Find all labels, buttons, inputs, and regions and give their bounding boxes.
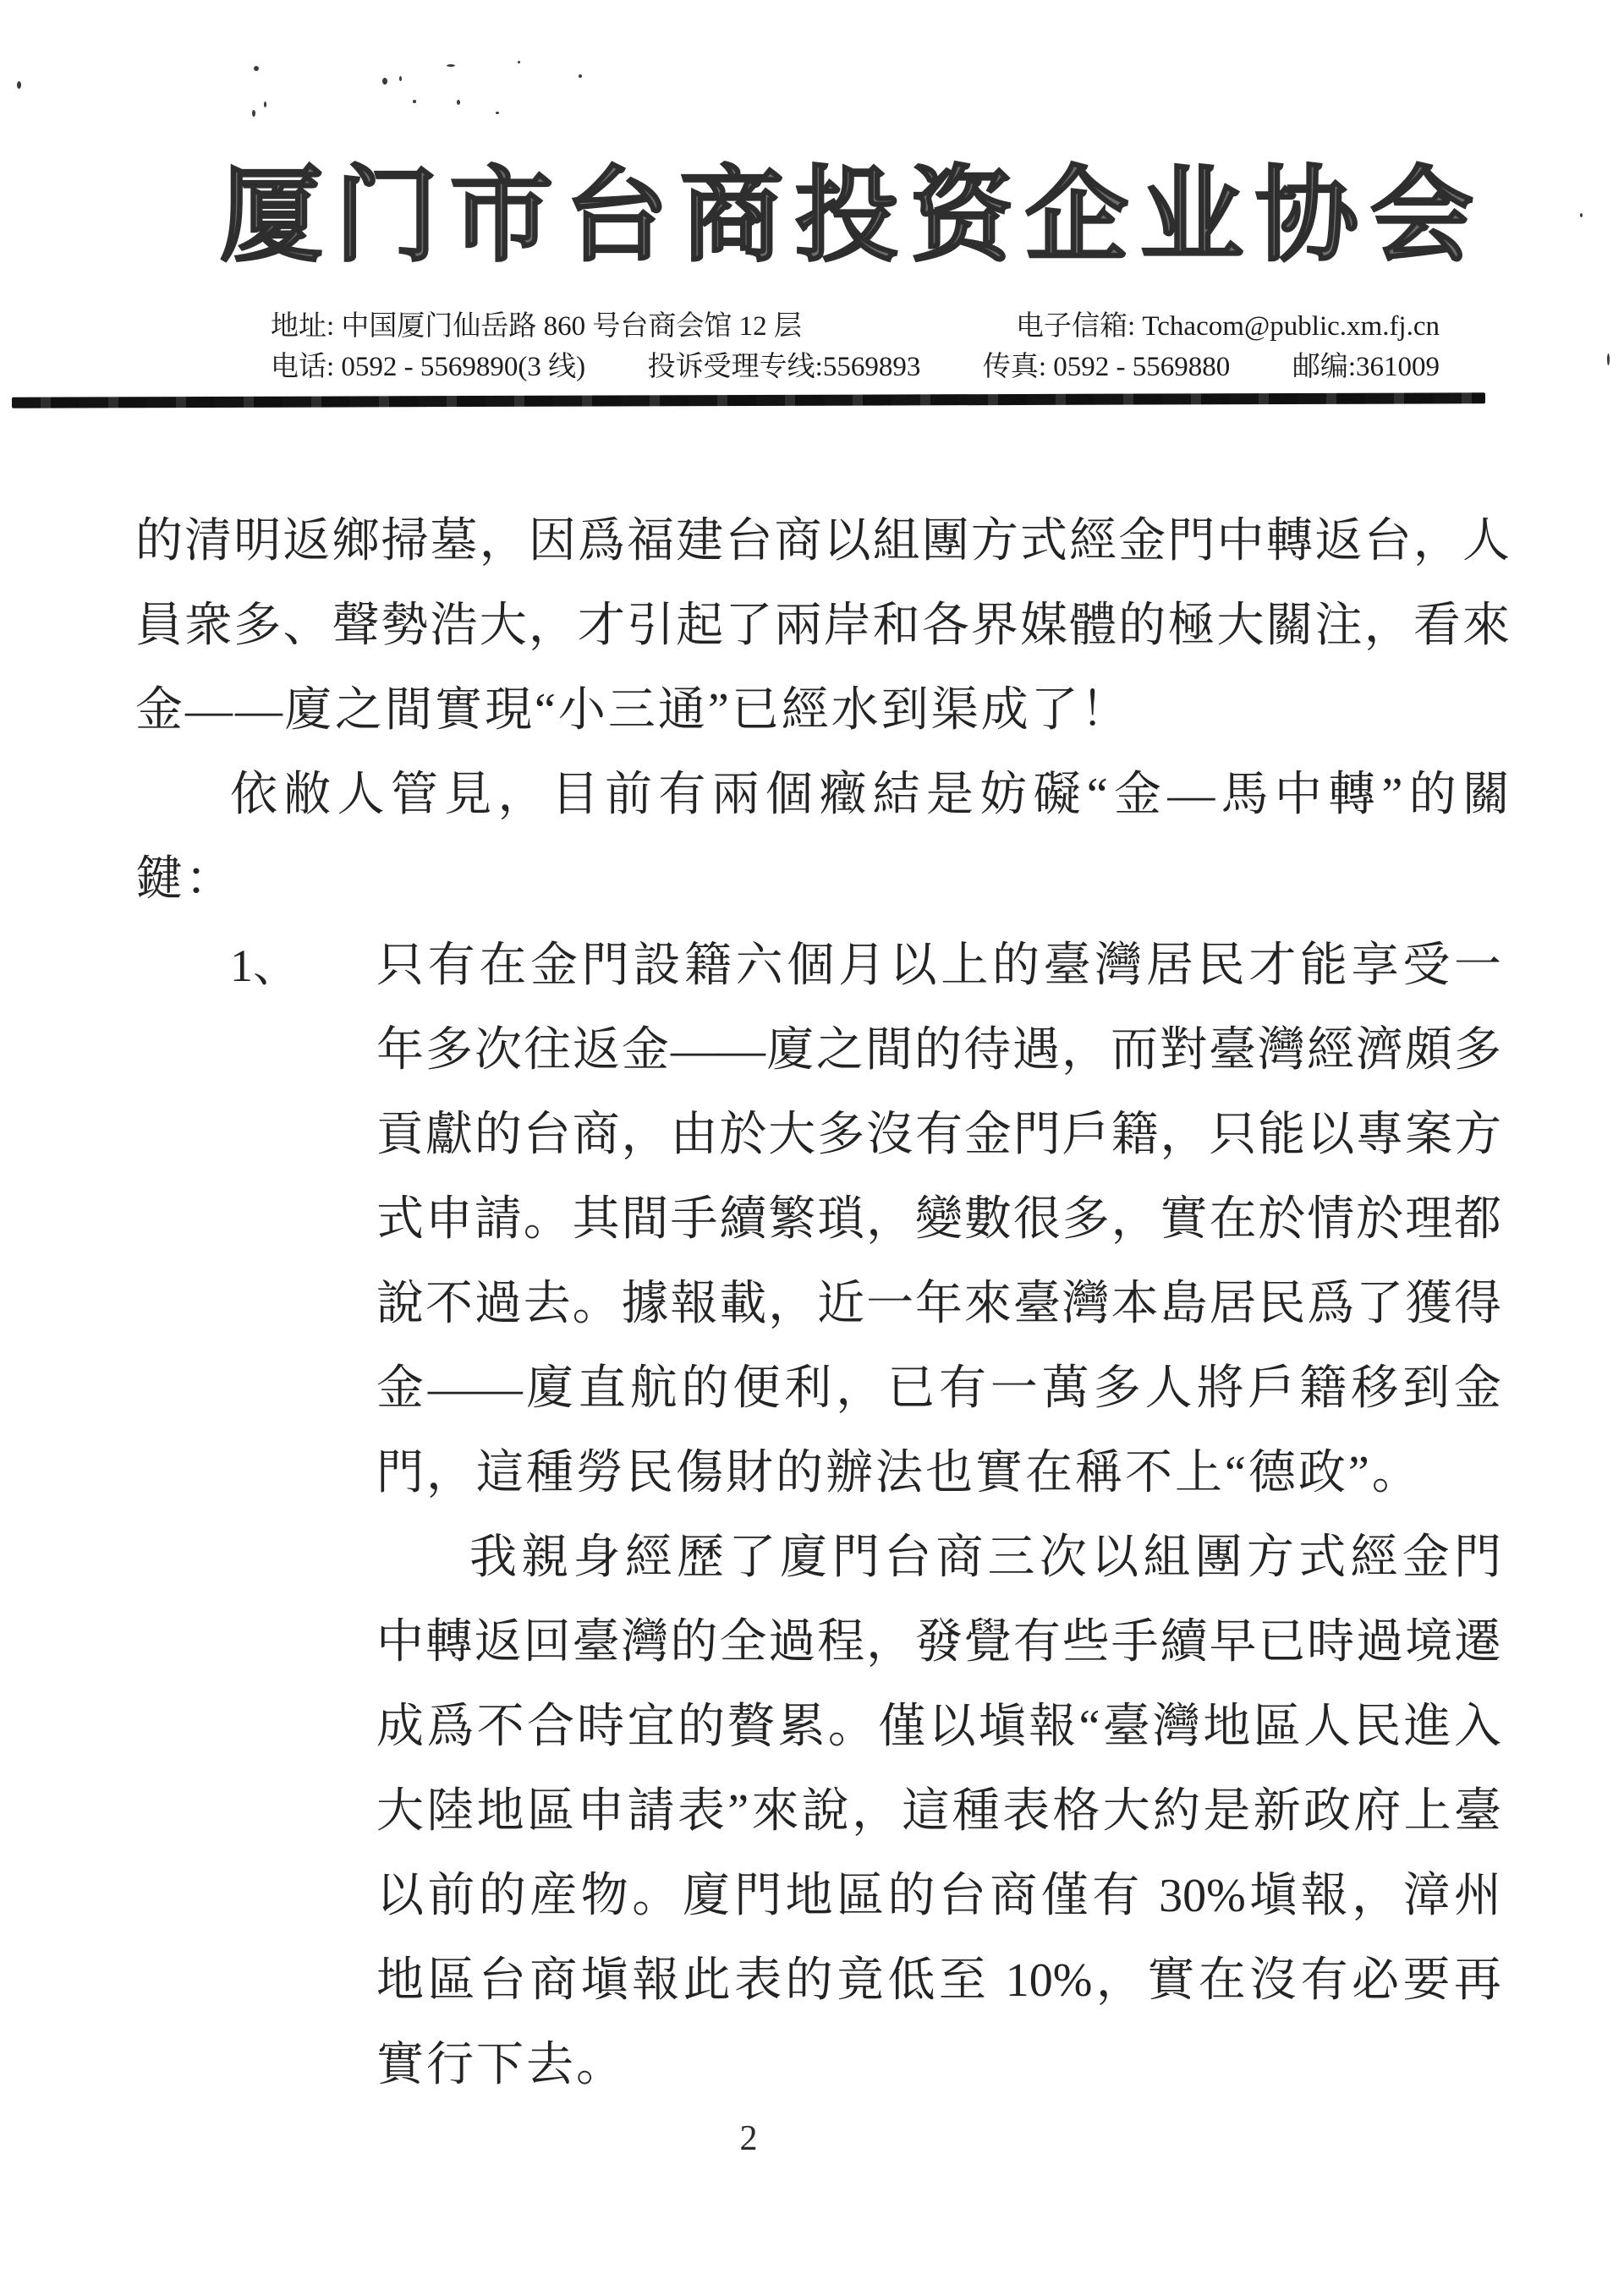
body-line: 式申請。其間手續繁瑣，變數很多，實在於情於理都 <box>376 1192 1501 1247</box>
body-line: 以前的産物。廈門地區的台商僅有 30%塡報，漳州 <box>376 1869 1501 1923</box>
noise-speck <box>413 100 416 103</box>
noise-speck <box>264 101 266 107</box>
noise-speck <box>579 74 582 78</box>
noise-speck <box>496 112 499 114</box>
body-line: 成爲不合時宜的贅累。僅以塡報“臺灣地區人民進入 <box>376 1700 1501 1754</box>
noise-speck <box>447 64 455 67</box>
body-line: 門，這種勞民傷財的辦法也實在稱不上“德政”。 <box>376 1446 1422 1500</box>
body-line: 年多次往返金——廈之間的待遇，而對臺灣經濟頗多 <box>376 1023 1501 1077</box>
noise-speck <box>252 110 255 117</box>
postcode-text: 邮编:361009 <box>1292 350 1440 384</box>
phone-text: 电话: 0592 - 5569890(3 线) <box>271 350 585 384</box>
list-item-number: 1、 <box>230 939 299 993</box>
noise-speck <box>17 81 21 89</box>
noise-speck <box>399 76 402 81</box>
letterhead-info-row-2: 电话: 0592 - 5569890(3 线) 投诉受理专线:5569893 传… <box>271 350 1440 384</box>
body-line: 說不過去。據報載，近一年來臺灣本島居民爲了獲得 <box>376 1277 1501 1331</box>
noise-speck <box>254 66 259 71</box>
noise-speck <box>518 61 520 63</box>
noise-speck <box>1580 213 1583 217</box>
email-text: 电子信箱: Tchacom@public.xm.fj.cn <box>1016 310 1440 343</box>
body-line: 我親身經歷了廈門台商三次以組團方式經金門 <box>469 1531 1501 1585</box>
body-line: 金——廈之間實現“小三通”已經水到渠成了！ <box>135 683 1131 737</box>
body-line: 實行下去。 <box>376 2038 626 2092</box>
body-line: 地區台商塡報此表的竟低至 10%，實在沒有必要再 <box>376 1954 1501 2008</box>
noise-speck <box>457 100 460 105</box>
hotline-text: 投诉受理专线:5569893 <box>648 350 921 384</box>
letterhead-info-row-1: 地址: 中国厦门仙岳路 860 号台商会馆 12 层 电子信箱: Tchacom… <box>271 310 1440 343</box>
body-line: 員衆多、聲勢浩大，才引起了兩岸和各界媒體的極大關注，看來 <box>135 599 1510 653</box>
body-line: 大陸地區申請表”來說，這種表格大約是新政府上臺 <box>376 1784 1501 1838</box>
noise-speck <box>382 78 387 85</box>
address-text: 地址: 中国厦门仙岳路 860 号台商会馆 12 层 <box>271 310 802 343</box>
body-line: 貢獻的台商，由於大多沒有金門戶籍，只能以專案方 <box>376 1108 1501 1162</box>
body-line: 中轉返回臺灣的全過程，發覺有些手續早已時過境遷 <box>376 1615 1501 1669</box>
organization-title: 厦门市台商投资企业协会 <box>220 162 1446 272</box>
body-line: 只有在金門設籍六個月以上的臺灣居民才能享受一 <box>376 939 1501 993</box>
scanned-document-page: 厦门市台商投资企业协会 地址: 中国厦门仙岳路 860 号台商会馆 12 层 电… <box>0 0 1624 2296</box>
body-line: 鍵： <box>135 852 235 907</box>
fax-text: 传真: 0592 - 5569880 <box>983 350 1230 384</box>
noise-speck <box>1607 353 1610 365</box>
body-line: 的清明返鄉掃墓，因爲福建台商以組團方式經金門中轉返台，人 <box>135 514 1510 568</box>
header-divider <box>12 392 1485 408</box>
page-number: 2 <box>723 2118 774 2159</box>
body-line: 金——廈直航的便利，已有一萬多人將戶籍移到金 <box>376 1362 1501 1416</box>
body-line: 依敝人管見，目前有兩個癥結是妨礙“金—馬中轉”的關 <box>230 768 1510 822</box>
